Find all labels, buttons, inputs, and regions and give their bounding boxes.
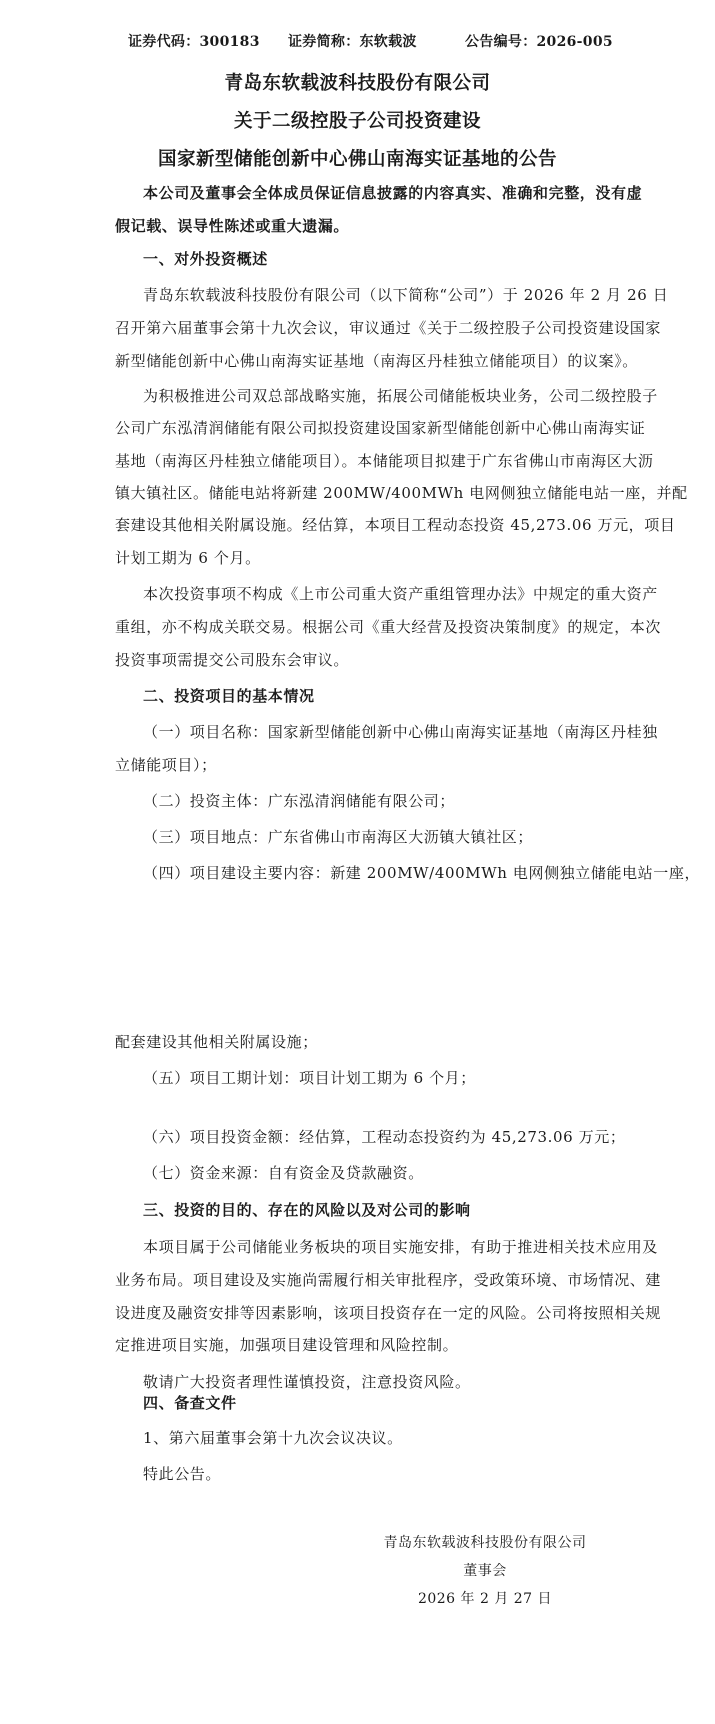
title-project: 国家新型储能创新中心佛山南海实证基地的公告 xyxy=(0,150,715,170)
signature-company: 青岛东软载波科技股份有限公司 xyxy=(360,1533,610,1553)
paragraph-line: 新型储能创新中心佛山南海实证基地（南海区丹桂独立储能项目）的议案》。 xyxy=(115,351,638,371)
paragraph-line: 青岛东软载波科技股份有限公司（以下简称“公司”）于 2026 年 2 月 26 … xyxy=(143,285,668,305)
paragraph-line: 为积极推进公司双总部战略实施，拓展公司储能板块业务，公司二级控股子 xyxy=(143,386,658,406)
closing-text: 特此公告。 xyxy=(143,1464,221,1484)
paragraph-line: 设进度及融资安排等因素影响，该项目投资存在一定的风险。公司将按照相关规 xyxy=(115,1303,661,1323)
paragraph-line: 基地（南海区丹桂独立储能项目）。本储能项目拟建于广东省佛山市南海区大沥 xyxy=(115,451,654,471)
stock-name: 证券简称：东软载波 xyxy=(288,32,417,52)
disclaimer-line: 本公司及董事会全体成员保证信息披露的内容真实、准确和完整，没有虚 xyxy=(143,183,642,203)
paragraph-line: 投资事项需提交公司股东会审议。 xyxy=(115,650,349,670)
section-heading-2: 二、投资项目的基本情况 xyxy=(143,686,315,706)
paragraph-line: 套建设其他相关附属设施。经估算，本项目工程动态投资 45,273.06 万元，项… xyxy=(115,515,675,535)
list-item: （五）项目工期计划：项目计划工期为 6 个月； xyxy=(143,1068,476,1088)
paragraph-line: 本次投资事项不构成《上市公司重大资产重组管理办法》中规定的重大资产 xyxy=(143,584,658,604)
stock-code: 证券代码：300183 xyxy=(128,32,260,52)
announcement-page: 证券代码：300183 证券简称：东软载波 公告编号：2026-005 青岛东软… xyxy=(0,0,715,1724)
disclaimer-line: 假记载、误导性陈述或重大遗漏。 xyxy=(115,216,349,236)
signature-date: 2026 年 2 月 27 日 xyxy=(360,1589,610,1609)
announcement-number: 公告编号：2026-005 xyxy=(465,32,613,52)
list-item: （二）投资主体：广东泓清润储能有限公司； xyxy=(143,791,455,811)
signature-board: 董事会 xyxy=(360,1561,610,1581)
paragraph-line: 召开第六届董事会第十九次会议，审议通过《关于二级控股子公司投资建设国家 xyxy=(115,318,661,338)
paragraph-line: 镇大镇社区。储能电站将新建 200MW/400MWh 电网侧独立储能电站一座，并… xyxy=(115,483,688,503)
section-heading-4: 四、备查文件 xyxy=(143,1393,237,1413)
paragraph-line: 计划工期为 6 个月。 xyxy=(115,548,261,568)
section-heading-1: 一、对外投资概述 xyxy=(143,249,268,269)
paragraph-line: 本项目属于公司储能业务板块的项目实施安排，有助于推进相关技术应用及 xyxy=(143,1237,658,1257)
title-subject: 关于二级控股子公司投资建设 xyxy=(0,112,715,132)
paragraph-line: 公司广东泓清润储能有限公司拟投资建设国家新型储能创新中心佛山南海实证 xyxy=(115,418,645,438)
list-item: 配套建设其他相关附属设施； xyxy=(115,1032,318,1052)
list-item: 立储能项目）； xyxy=(115,755,217,775)
list-item: （七）资金来源：自有资金及贷款融资。 xyxy=(143,1163,424,1183)
title-company: 青岛东软载波科技股份有限公司 xyxy=(0,74,715,94)
section-heading-3: 三、投资的目的、存在的风险以及对公司的影响 xyxy=(143,1200,471,1220)
list-item: （四）项目建设主要内容：新建 200MW/400MWh 电网侧独立储能电站一座， xyxy=(143,863,700,883)
paragraph-line: 敬请广大投资者理性谨慎投资，注意投资风险。 xyxy=(143,1372,471,1392)
paragraph-line: 重组，亦不构成关联交易。根据公司《重大经营及投资决策制度》的规定，本次 xyxy=(115,617,661,637)
list-item: （六）项目投资金额：经估算，工程动态投资约为 45,273.06 万元； xyxy=(143,1127,625,1147)
list-item: 1、第六届董事会第十九次会议决议。 xyxy=(143,1428,403,1448)
paragraph-line: 业务布局。项目建设及实施尚需履行相关审批程序，受政策环境、市场情况、建 xyxy=(115,1270,661,1290)
list-item: （一）项目名称：国家新型储能创新中心佛山南海实证基地（南海区丹桂独 xyxy=(143,722,658,742)
paragraph-line: 定推进项目实施，加强项目建设管理和风险控制。 xyxy=(115,1335,458,1355)
list-item: （三）项目地点：广东省佛山市南海区大沥镇大镇社区； xyxy=(143,827,533,847)
